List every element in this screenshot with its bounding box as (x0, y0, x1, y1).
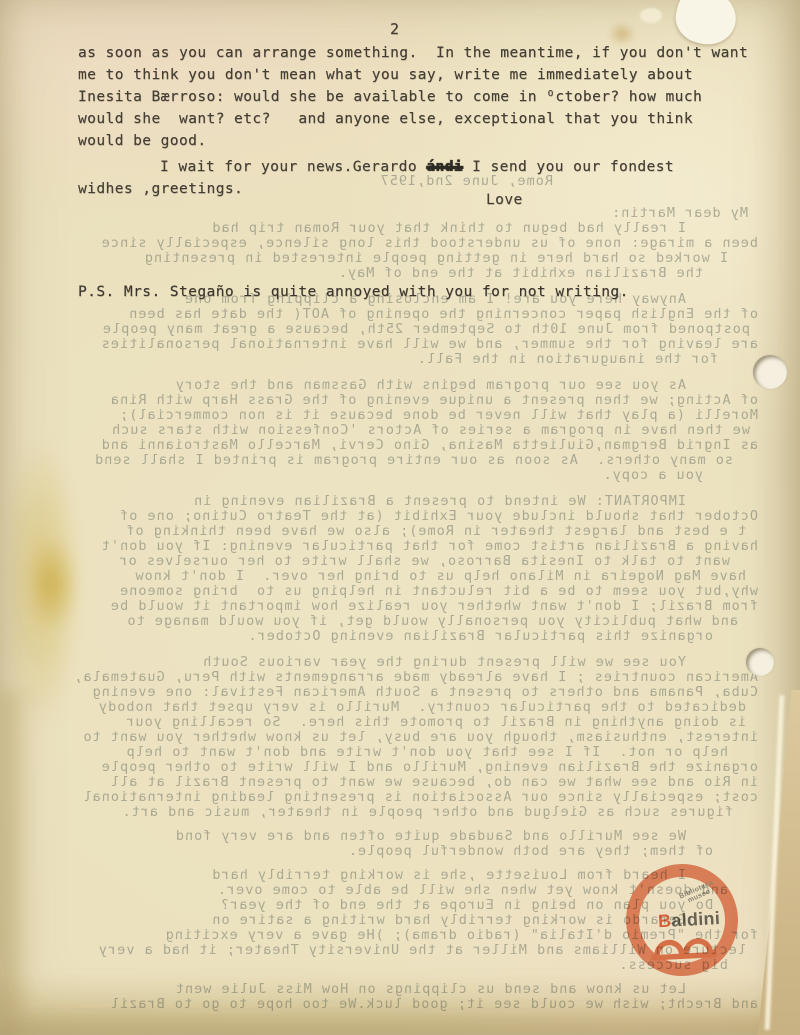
valediction: Love (486, 192, 523, 208)
text-line: cost; especially since our Association i… (32, 790, 758, 805)
text-line: My dear Martin: (32, 206, 758, 221)
text-line: is doing anything in Brazil to promote t… (32, 715, 758, 730)
closing-line-1-pre: I wait for your news.Gerardo (160, 159, 426, 175)
text-line: would she want? etc? and anyone else, ex… (78, 108, 778, 130)
text-line: Morelli (a play that will never be done … (32, 408, 758, 423)
closing-line-2: widhes ,greetings. (78, 178, 778, 200)
text-line: I really had begun to think that your Ro… (32, 221, 758, 236)
text-line: help or not. If I see that you don't wri… (32, 745, 758, 760)
text-line: of Acting; we then present a unique even… (32, 393, 758, 408)
text-line: why,but you seem to be a bit reluctant i… (32, 584, 758, 599)
text-line: we then have in program a series of Acto… (32, 423, 758, 438)
open-book-icon (650, 933, 718, 967)
text-line: so many others. As soon as our entire pr… (32, 453, 758, 468)
text-line: as soon as you can arrange something. In… (78, 42, 778, 64)
stamp-small-text: Biblioteca museo (678, 879, 717, 907)
text-line: As you see our program begins with Gassm… (32, 378, 758, 393)
text-line: me to think you don't mean what you say,… (78, 64, 778, 86)
text-line: Inesita Bærroso: would she be available … (78, 86, 778, 108)
text-line: organize this particular Brazilian eveni… (32, 629, 758, 644)
closing-line-1-post: I send you our fondest (463, 159, 674, 175)
text-line: of them; they are both wonderful people. (32, 844, 758, 859)
text-line: the Brazilian exhibit at the end of May. (32, 266, 758, 281)
closing-line-1: I wait for your news.Gerardo ándi I send… (78, 156, 778, 178)
text-line: as Ingrid Bergman,Giulietta Masina, Gino… (32, 438, 758, 453)
paragraph-closing: I wait for your news.Gerardo ándi I send… (78, 156, 778, 200)
text-line: IMPORTANT: We intend to present a Brazil… (32, 494, 758, 509)
text-line: have Mag Nogeira in Milano help us to br… (32, 569, 758, 584)
text-line: interest, enthusiasm, though you are bus… (32, 730, 758, 745)
overstruck-word: ándi (426, 159, 463, 175)
text-line: October that should include your Exhibit… (32, 509, 758, 524)
text-line: postponed from June 10th to September 25… (32, 322, 758, 337)
text-line: would be good. (78, 130, 778, 152)
stamp-name: Baldini (658, 908, 721, 932)
text-line: in Rio and see what we can do, because w… (32, 775, 758, 790)
text-line: want to talk to Inesita Barroso, we shal… (32, 554, 758, 569)
punch-hole-bottom (746, 648, 774, 676)
text-line: and Brecht; wish we could see it; good l… (32, 997, 758, 1012)
text-line: for the inauguration in the Fall. (32, 352, 758, 367)
postscript: P.S. Mrs. Stegaño is quite annoyed with … (78, 284, 778, 300)
text-line: You see we will present during the year … (32, 655, 758, 670)
small-paper-flaw (640, 8, 662, 23)
text-line: of the English paper concerning the open… (32, 307, 758, 322)
punch-hole-top (753, 355, 787, 389)
text-line: you a copy. (32, 468, 758, 483)
text-line: We see Murillo and Saudade quite often a… (32, 829, 758, 844)
text-line: having a Brazilian artist come for that … (32, 539, 758, 554)
text-line: American countries ; I have already made… (32, 670, 758, 685)
stamp-name-rest: aldini (671, 908, 721, 931)
text-line: t e best and largest theater in Rome); a… (32, 524, 758, 539)
text-line: Let us know and send us clippings on How… (32, 982, 758, 997)
text-line: been a mirage: none of us understood thi… (32, 236, 758, 251)
text-line: Cuba, Panama and others to present a Sou… (32, 685, 758, 700)
paragraph-arrangements: as soon as you can arrange something. In… (78, 42, 778, 152)
text-line: dedicated to the particular country. Mur… (32, 700, 758, 715)
text-line: and what publicity you personally would … (32, 614, 758, 629)
text-line: figures such as Gielgud and other people… (32, 805, 758, 820)
letter-page: Rome, June 2nd,1957My dear Martin:I real… (0, 0, 800, 1035)
text-line: organize the Brazilian evening, Murillo … (32, 760, 758, 775)
text-line: from Brazil; I don't want whether you re… (32, 599, 758, 614)
text-line: I worked so hard here in getting people … (32, 251, 758, 266)
text-line: are leaving for the summer, and we will … (32, 337, 758, 352)
page-number: 2 (390, 20, 399, 38)
